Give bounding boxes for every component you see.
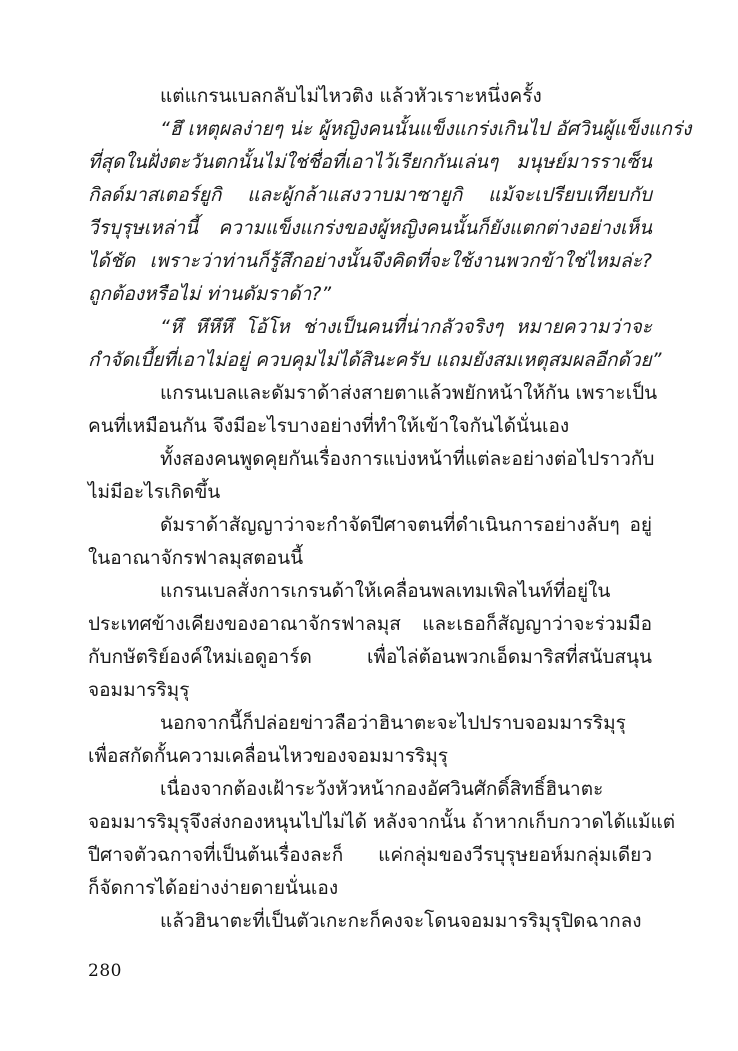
text-line: แล้วฮินาตะที่เป็นตัวเกะกะก็คงจะโดนจอมมาร…	[88, 905, 652, 938]
book-page: แต่แกรนเบลกลับไม่ไหวติง แล้วหัวเราะหนึ่ง…	[0, 0, 738, 1051]
text-line: แกรนเบลและดัมราด้าส่งสายตาแล้วพยักหน้าให…	[88, 377, 652, 410]
text-line: วีรบุรุษเหล่านี้ ความแข็งแกร่งของผู้หญิง…	[88, 212, 652, 245]
text-line: ปีศาจตัวฉกาจที่เป็นต้นเรื่องละก็ แค่กลุ่…	[88, 839, 652, 872]
text-line: นอกจากนี้ก็ปล่อยข่าวลือว่าฮินาตะจะไปปราบ…	[88, 707, 652, 740]
text-line: แต่แกรนเบลกลับไม่ไหวติง แล้วหัวเราะหนึ่ง…	[88, 80, 652, 113]
text-line: “ฮึ เหตุผลง่ายๆ น่ะ ผู้หญิงคนนั้นแข็งแกร…	[88, 113, 652, 146]
text-line: คนที่เหมือนกัน จึงมีอะไรบางอย่างที่ทำให้…	[88, 410, 652, 443]
text-line: “หึ หึหึหึ โอ้โห ช่างเป็นคนที่น่ากลัวจริ…	[88, 311, 652, 344]
page-number: 280	[88, 961, 122, 981]
text-line: ไม่มีอะไรเกิดขึ้น	[88, 476, 652, 509]
text-line: กำจัดเบี้ยที่เอาไม่อยู่ ควบคุมไม่ได้สินะ…	[88, 344, 652, 377]
text-line: ถูกต้องหรือไม่ ท่านดัมราด้า?”	[88, 278, 652, 311]
text-line: ที่สุดในฝั่งตะวันตกนั้นไม่ใช่ชื่อที่เอาไ…	[88, 146, 652, 179]
text-line: เนื่องจากต้องเฝ้าระวังหัวหน้ากองอัศวินศั…	[88, 773, 652, 806]
text-line: ทั้งสองคนพูดคุยกันเรื่องการแบ่งหน้าที่แต…	[88, 443, 652, 476]
text-line: เพื่อสกัดกั้นความเคลื่อนไหวของจอมมารริมุ…	[88, 740, 652, 773]
text-line: แกรนเบลสั่งการเกรนด้าให้เคลื่อนพลเทมเพิล…	[88, 575, 652, 608]
text-line: ประเทศข้างเคียงของอาณาจักรฟาลมุส และเธอก…	[88, 608, 652, 641]
body-text: แต่แกรนเบลกลับไม่ไหวติง แล้วหัวเราะหนึ่ง…	[88, 80, 652, 938]
text-line: จอมมารริมุรุ	[88, 674, 652, 707]
text-line: ดัมราด้าสัญญาว่าจะกำจัดปีศาจตนที่ดำเนินก…	[88, 509, 652, 542]
text-line: กับกษัตริย์องค์ใหม่เอดูอาร์ด เพื่อไล่ต้อ…	[88, 641, 652, 674]
text-line: ก็จัดการได้อย่างง่ายดายนั่นเอง	[88, 872, 652, 905]
text-line: ในอาณาจักรฟาลมุสตอนนี้	[88, 542, 652, 575]
text-line: ได้ชัด เพราะว่าท่านก็รู้สึกอย่างนั้นจึงค…	[88, 245, 652, 278]
text-line: จอมมารริมุรุจึงส่งกองหนุนไปไม่ได้ หลังจา…	[88, 806, 652, 839]
text-line: กิลด์มาสเตอร์ยูกิ และผู้กล้าแสงวาบมาซายู…	[88, 179, 652, 212]
